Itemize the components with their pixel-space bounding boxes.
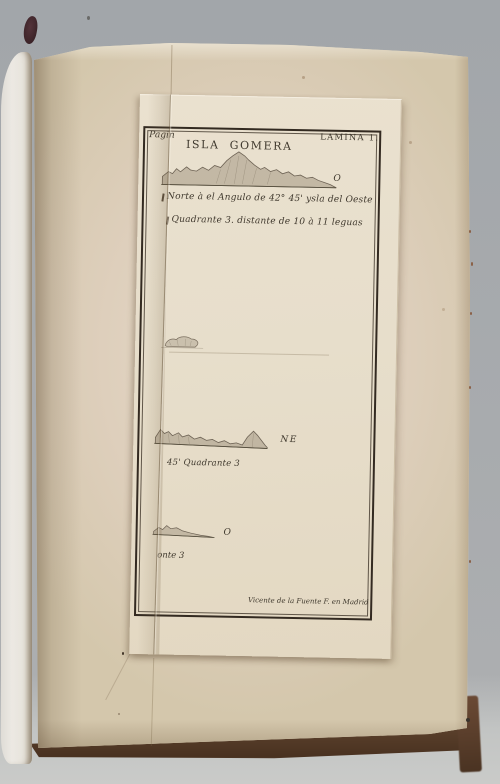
foldout-plate: Pagin ISLA GOMERA LAMINA 1. O Norte à el… <box>129 94 402 659</box>
rock-islet-drawing <box>157 330 213 353</box>
page-speck <box>122 652 124 655</box>
foxing-spot <box>409 141 412 144</box>
plate-number-label: LAMINA 1. <box>320 132 379 143</box>
left-page-block <box>1 52 32 764</box>
spine-headband-spot <box>22 15 40 45</box>
profile-end-label-o: O <box>333 174 341 184</box>
coastal-profile-ne-drawing <box>153 416 280 454</box>
coastal-profile-west-drawing <box>151 520 223 541</box>
page-speck <box>118 713 120 715</box>
page-edge-speck <box>471 262 473 266</box>
page-edge-speck <box>469 230 471 233</box>
profile-end-label-ne: NE <box>280 435 298 445</box>
coastal-profile-north-drawing <box>160 144 347 194</box>
quadrant-caption: 45' Quadrante 3 <box>167 458 240 469</box>
profile-end-label-o2: O <box>223 528 231 538</box>
photo-of-open-book: { "scene": { "description": "Antique boo… <box>0 0 500 784</box>
page-edge-speck <box>469 386 471 389</box>
background-speck <box>87 16 90 20</box>
page-edge-speck <box>469 560 471 563</box>
foxing-spot <box>442 308 445 311</box>
foxing-spot <box>302 76 305 79</box>
page-edge-speck <box>470 312 472 315</box>
page-corner-speck <box>466 718 470 722</box>
